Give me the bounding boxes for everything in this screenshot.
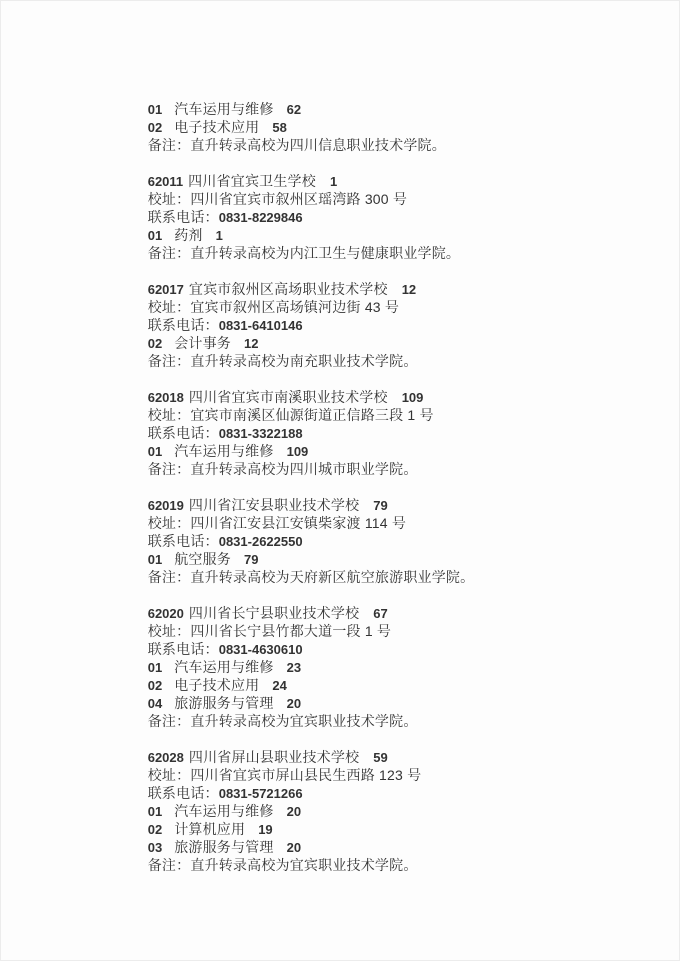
major-quota: 20 xyxy=(287,840,301,855)
school-code: 62011 xyxy=(148,174,183,189)
school-name: 四川省宜宾卫生学校 xyxy=(188,173,316,189)
continued-section: 01汽车运用与维修62 02电子技术应用58 备注：直升转录高校为四川信息职业技… xyxy=(115,82,474,136)
major-code: 02 xyxy=(148,678,162,693)
note-label: 备注： xyxy=(148,137,191,153)
school-section: 62017宜宾市叙州区高场职业技术学校12 校址：宜宾市叙州区高场镇河边街 43… xyxy=(115,262,474,352)
school-name: 四川省屏山县职业技术学校 xyxy=(189,749,359,765)
note-label: 备注： xyxy=(148,569,191,585)
major-name: 计算机应用 xyxy=(174,821,245,837)
major-code: 01 xyxy=(148,804,162,819)
note-text: 直升转录高校为南充职业技术学院。 xyxy=(190,353,417,369)
major-quota: 20 xyxy=(287,696,301,711)
major-name: 电子技术应用 xyxy=(174,677,259,693)
school-section: 62028四川省屏山县职业技术学校59 校址：四川省宜宾市屏山县民生西路 123… xyxy=(115,730,474,856)
major-code: 03 xyxy=(148,840,162,855)
phone-label: 联系电话： xyxy=(148,641,219,657)
address-text: 四川省长宁县竹都大道一段 1 号 xyxy=(190,623,391,639)
address-text: 宜宾市南溪区仙源街道正信路三段 1 号 xyxy=(190,407,433,423)
school-quota: 1 xyxy=(330,174,337,189)
major-quota: 79 xyxy=(244,552,258,567)
major-quota: 12 xyxy=(244,336,258,351)
major-name: 旅游服务与管理 xyxy=(174,695,273,711)
address-label: 校址： xyxy=(148,767,191,783)
major-code: 02 xyxy=(148,336,162,351)
address-label: 校址： xyxy=(148,515,191,531)
major-name: 汽车运用与维修 xyxy=(174,803,273,819)
note-text: 直升转录高校为内江卫生与健康职业学院。 xyxy=(190,245,460,261)
major-code: 01 xyxy=(148,444,162,459)
major-name: 汽车运用与维修 xyxy=(174,443,273,459)
school-section: 62011四川省宜宾卫生学校1 校址：四川省宜宾市叙州区瑶湾路 300 号 联系… xyxy=(115,154,474,244)
phone-number: 0831-4630610 xyxy=(219,642,303,657)
school-quota: 79 xyxy=(373,498,387,513)
major-name: 药剂 xyxy=(174,227,202,243)
major-line: 01汽车运用与维修62 xyxy=(115,82,474,100)
major-name: 汽车运用与维修 xyxy=(174,101,273,117)
school-header-line: 62017宜宾市叙州区高场职业技术学校12 xyxy=(115,262,474,280)
phone-number: 0831-6410146 xyxy=(219,318,303,333)
address-text: 四川省宜宾市屏山县民生西路 123 号 xyxy=(190,767,421,783)
note-text: 直升转录高校为四川城市职业学院。 xyxy=(190,461,417,477)
major-code: 02 xyxy=(148,120,162,135)
phone-label: 联系电话： xyxy=(148,425,219,441)
major-name: 电子技术应用 xyxy=(174,119,259,135)
address-text: 四川省宜宾市叙州区瑶湾路 300 号 xyxy=(190,191,407,207)
note-label: 备注： xyxy=(148,857,191,873)
school-code: 62018 xyxy=(148,390,184,405)
school-quota: 67 xyxy=(373,606,387,621)
major-code: 02 xyxy=(148,822,162,837)
note-text: 直升转录高校为宜宾职业技术学院。 xyxy=(190,857,417,873)
major-code: 01 xyxy=(148,102,162,117)
phone-number: 0831-5721266 xyxy=(219,786,303,801)
phone-label: 联系电话： xyxy=(148,209,219,225)
note-text: 直升转录高校为四川信息职业技术学院。 xyxy=(190,137,446,153)
major-name: 航空服务 xyxy=(174,551,231,567)
note-label: 备注： xyxy=(148,713,191,729)
school-header-line: 62011四川省宜宾卫生学校1 xyxy=(115,154,474,172)
major-code: 01 xyxy=(148,228,162,243)
phone-number: 0831-8229846 xyxy=(219,210,303,225)
major-quota: 109 xyxy=(287,444,309,459)
address-label: 校址： xyxy=(148,407,191,423)
school-quota: 109 xyxy=(402,390,424,405)
major-quota: 23 xyxy=(287,660,301,675)
school-code: 62019 xyxy=(148,498,184,513)
school-section: 62018四川省宜宾市南溪职业技术学校109 校址：宜宾市南溪区仙源街道正信路三… xyxy=(115,370,474,460)
major-name: 会计事务 xyxy=(174,335,231,351)
address-label: 校址： xyxy=(148,191,191,207)
school-name: 四川省江安县职业技术学校 xyxy=(189,497,359,513)
phone-label: 联系电话： xyxy=(148,533,219,549)
major-quota: 62 xyxy=(287,102,301,117)
major-quota: 20 xyxy=(287,804,301,819)
school-quota: 12 xyxy=(402,282,416,297)
school-header-line: 62020四川省长宁县职业技术学校67 xyxy=(115,586,474,604)
major-name: 汽车运用与维修 xyxy=(174,659,273,675)
major-quota: 58 xyxy=(272,120,286,135)
document-content: 01汽车运用与维修62 02电子技术应用58 备注：直升转录高校为四川信息职业技… xyxy=(115,82,474,874)
school-header-line: 62019四川省江安县职业技术学校79 xyxy=(115,478,474,496)
address-text: 宜宾市叙州区高场镇河边街 43 号 xyxy=(190,299,399,315)
major-code: 01 xyxy=(148,552,162,567)
note-label: 备注： xyxy=(148,461,191,477)
phone-label: 联系电话： xyxy=(148,785,219,801)
school-name: 四川省长宁县职业技术学校 xyxy=(189,605,359,621)
school-header-line: 62028四川省屏山县职业技术学校59 xyxy=(115,730,474,748)
note-label: 备注： xyxy=(148,353,191,369)
phone-label: 联系电话： xyxy=(148,317,219,333)
note-label: 备注： xyxy=(148,245,191,261)
document-page: 01汽车运用与维修62 02电子技术应用58 备注：直升转录高校为四川信息职业技… xyxy=(0,0,680,961)
major-quota: 19 xyxy=(258,822,272,837)
school-quota: 59 xyxy=(373,750,387,765)
school-code: 62020 xyxy=(148,606,184,621)
school-section: 62019四川省江安县职业技术学校79 校址：四川省江安县江安镇柴家渡 114 … xyxy=(115,478,474,568)
school-section: 62020四川省长宁县职业技术学校67 校址：四川省长宁县竹都大道一段 1 号 … xyxy=(115,586,474,712)
school-code: 62017 xyxy=(148,282,184,297)
school-name: 四川省宜宾市南溪职业技术学校 xyxy=(189,389,388,405)
major-name: 旅游服务与管理 xyxy=(174,839,273,855)
phone-number: 0831-3322188 xyxy=(219,426,303,441)
note-text: 直升转录高校为宜宾职业技术学院。 xyxy=(190,713,417,729)
major-quota: 1 xyxy=(216,228,223,243)
address-label: 校址： xyxy=(148,299,191,315)
address-text: 四川省江安县江安镇柴家渡 114 号 xyxy=(190,515,406,531)
major-quota: 24 xyxy=(272,678,286,693)
phone-number: 0831-2622550 xyxy=(219,534,303,549)
address-label: 校址： xyxy=(148,623,191,639)
school-name: 宜宾市叙州区高场职业技术学校 xyxy=(189,281,388,297)
major-code: 01 xyxy=(148,660,162,675)
note-text: 直升转录高校为天府新区航空旅游职业学院。 xyxy=(190,569,474,585)
school-code: 62028 xyxy=(148,750,184,765)
school-header-line: 62018四川省宜宾市南溪职业技术学校109 xyxy=(115,370,474,388)
major-code: 04 xyxy=(148,696,162,711)
